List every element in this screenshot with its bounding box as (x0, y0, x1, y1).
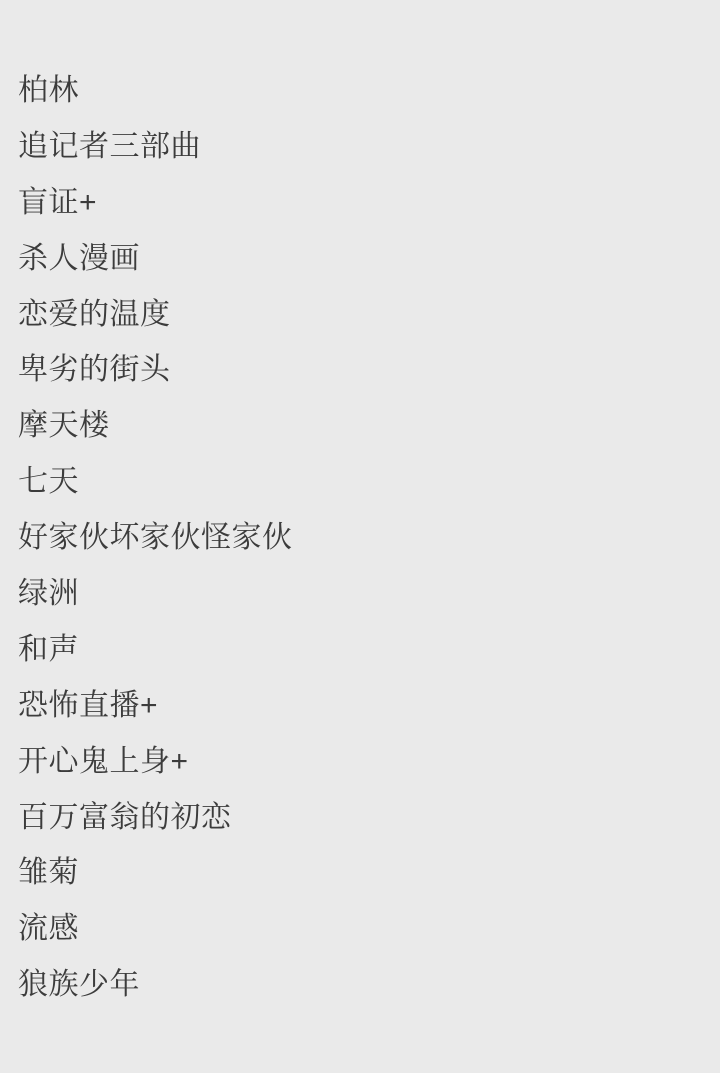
list-item[interactable]: 柏林 (18, 63, 700, 119)
movie-title-text: 狼族少年 (18, 970, 140, 1000)
list-item[interactable]: 开心鬼上身+ (18, 734, 700, 790)
list-item[interactable]: 和声 (18, 622, 700, 678)
movie-title-text: 好家伙坏家伙怪家伙 (18, 523, 293, 553)
movie-title-text: 七天 (18, 467, 79, 497)
list-item[interactable]: 绿洲 (18, 566, 700, 622)
list-item[interactable]: 盲证+ (18, 175, 700, 231)
list-item[interactable]: 雏菊 (18, 845, 700, 901)
movie-title-text: 雏菊 (18, 858, 79, 888)
movie-title-text: 百万富翁的初恋 (18, 803, 232, 833)
list-item[interactable]: 流感 (18, 901, 700, 957)
movie-title-text: 盲证+ (18, 188, 97, 218)
list-item[interactable]: 百万富翁的初恋 (18, 790, 700, 846)
list-item[interactable]: 恐怖直播+ (18, 678, 700, 734)
movie-title-text: 恐怖直播+ (18, 691, 158, 721)
movie-title-list: 柏林 追记者三部曲 盲证+ 杀人漫画 恋爱的温度 卑劣的街头 摩天楼 七天 好家… (0, 0, 720, 1013)
list-item[interactable]: 追记者三部曲 (18, 119, 700, 175)
movie-title-text: 流感 (18, 914, 79, 944)
list-item[interactable]: 杀人漫画 (18, 231, 700, 287)
movie-title-text: 卑劣的街头 (18, 355, 171, 385)
movie-title-text: 开心鬼上身+ (18, 747, 189, 777)
list-item[interactable]: 七天 (18, 454, 700, 510)
page-background: { "page": { "background_color": "#eaeaea… (0, 0, 720, 1073)
list-item[interactable]: 狼族少年 (18, 957, 700, 1013)
movie-title-text: 绿洲 (18, 579, 79, 609)
movie-title-text: 摩天楼 (18, 411, 110, 441)
list-item[interactable]: 好家伙坏家伙怪家伙 (18, 510, 700, 566)
movie-title-text: 追记者三部曲 (18, 132, 201, 162)
movie-title-text: 恋爱的温度 (18, 300, 171, 330)
list-item[interactable]: 恋爱的温度 (18, 287, 700, 343)
movie-title-text: 和声 (18, 635, 79, 665)
movie-title-text: 杀人漫画 (18, 244, 140, 274)
list-item[interactable]: 卑劣的街头 (18, 342, 700, 398)
list-item[interactable]: 摩天楼 (18, 398, 700, 454)
movie-title-text: 柏林 (18, 76, 79, 106)
